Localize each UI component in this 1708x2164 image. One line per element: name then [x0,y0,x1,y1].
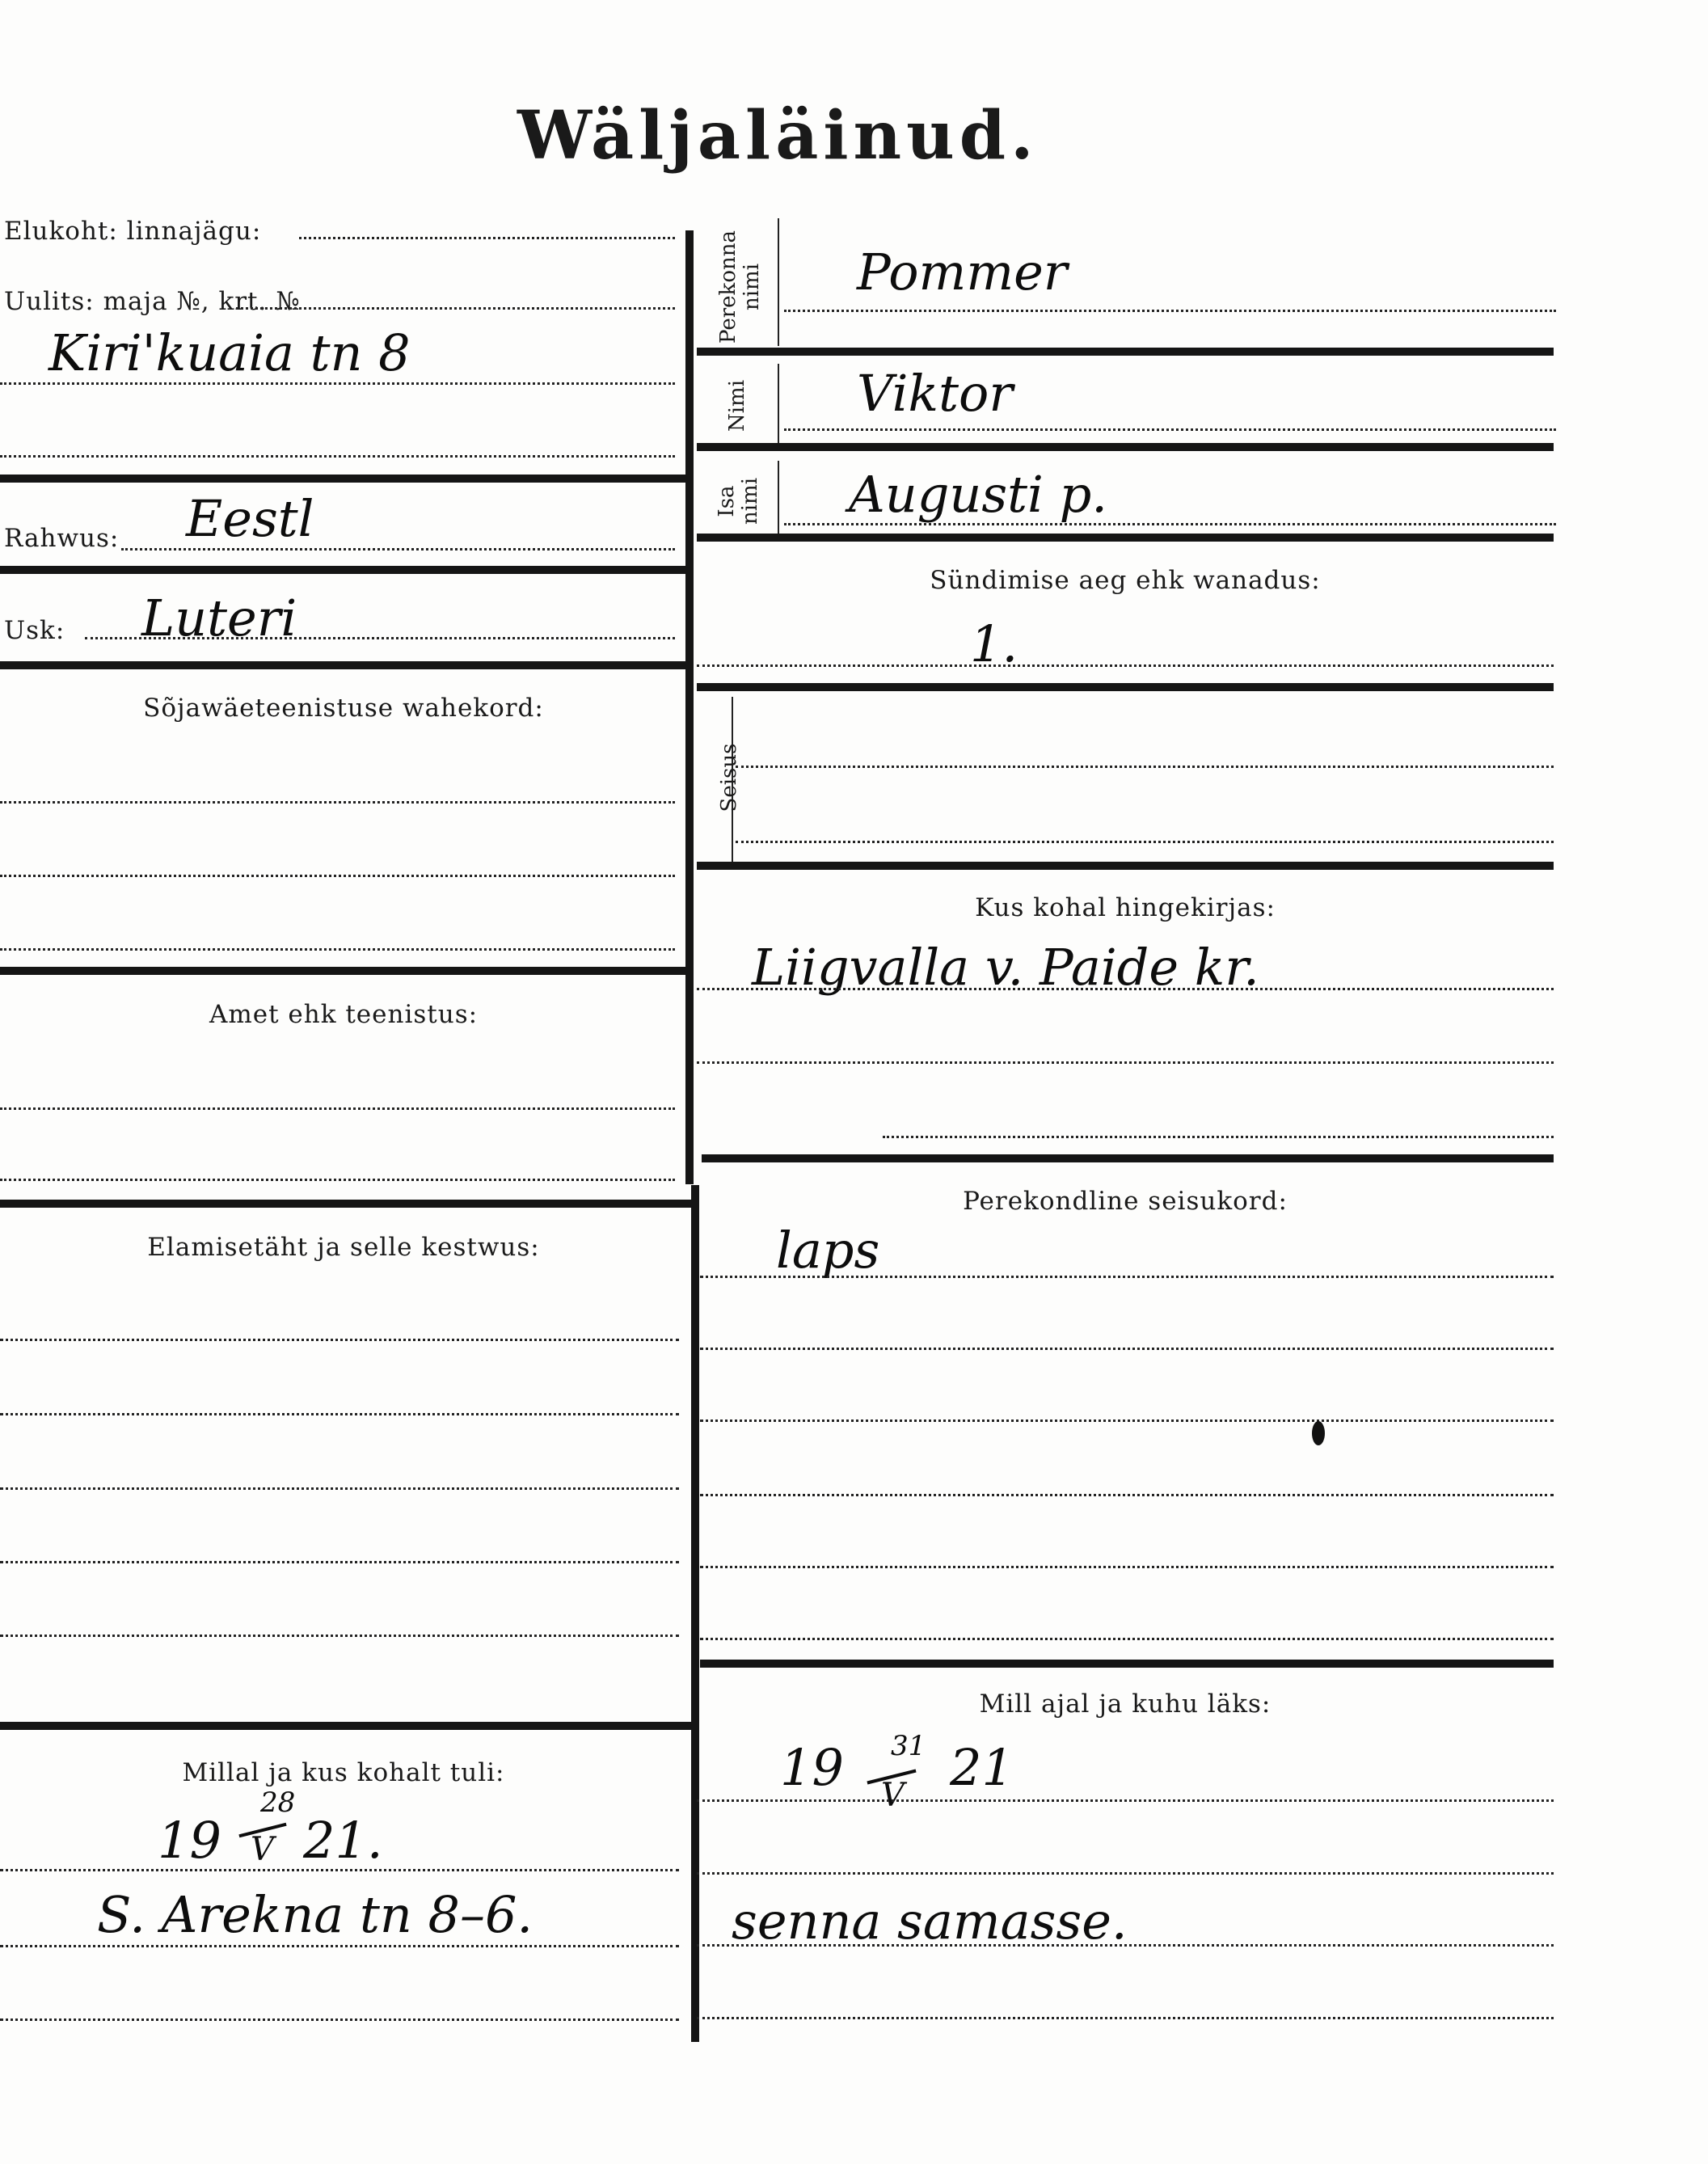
divider-family-status [700,1660,1554,1668]
registration-form: Wäljaläinud. Elukoht: linnajägu: Uulits:… [0,0,1708,2164]
living-condition-label: Elamisetäht ja selle kestwus: [0,1233,687,1262]
status-label: Seisus [718,733,745,822]
living-condition-line-1[interactable] [0,1339,679,1341]
living-condition-line-3[interactable] [0,1487,679,1490]
arrival-date-day: 28 [260,1786,295,1819]
street-label: Uulits: maja №, krt. № [4,287,301,316]
divider-father-name [697,534,1554,542]
departure-date-fraction: 31 V [857,1730,946,1827]
family-status-line-1[interactable] [700,1276,1554,1278]
birth-field[interactable] [697,664,1554,667]
occupation-label: Amet ehk teenistus: [0,1000,687,1029]
registry-line-3[interactable] [883,1136,1554,1138]
divider-nationality [0,566,687,574]
departure-destination: senna samasse. [732,1892,1128,1951]
name-label-divider-1 [778,218,779,346]
status-line-2[interactable] [736,841,1554,843]
first-name-field[interactable] [784,428,1556,431]
arrival-place: S. Arekna tn 8–6. [97,1885,533,1944]
military-service-line-3[interactable] [0,948,675,951]
family-status-line-2[interactable] [700,1348,1554,1350]
departure-date-day: 31 [891,1730,926,1762]
street-value: Kiri'kuaia tn 8 [48,323,411,382]
departure-date-year: 21 [950,1738,1014,1797]
departure-label: Mill ajal ja kuhu läks: [697,1689,1554,1719]
divider-first-name [697,443,1554,451]
religion-field[interactable] [85,637,675,639]
form-title: Wäljaläinud. [517,97,1039,175]
birth-label: Sündimise aeg ehk wanadus: [697,566,1554,595]
arrival-extra-line[interactable] [0,2018,679,2021]
street-field-line-2[interactable] [0,382,675,385]
nationality-value: Eestl [186,489,314,548]
family-status-value: laps [776,1221,879,1280]
family-status-line-3[interactable] [700,1419,1554,1422]
arrival-date-fraction: 28 V [226,1786,315,1875]
living-condition-line-2[interactable] [0,1413,679,1415]
military-service-line-2[interactable] [0,875,675,877]
departure-date-month: V [881,1777,905,1814]
nationality-field[interactable] [121,548,675,550]
street-field-line-3[interactable] [0,455,675,458]
departure-line-1[interactable] [697,1799,1554,1802]
religion-label: Usk: [4,616,65,645]
divider-birth [697,683,1554,691]
first-name-label: Nimi [726,369,753,442]
divider-military [0,967,687,975]
registry-line-2[interactable] [697,1061,1554,1064]
military-service-label: Sõjawäeteenistuse wahekord: [0,694,687,723]
divider-religion [0,661,687,669]
name-label-divider-2 [778,364,779,448]
name-label-divider-3 [778,461,779,540]
nationality-label: Rahwus: [4,524,119,553]
arrival-date-prefix: 19 [158,1811,221,1870]
departure-line-3[interactable] [697,1944,1554,1947]
living-condition-line-5[interactable] [0,1635,679,1637]
departure-line-4[interactable] [697,2017,1554,2019]
divider-status [697,862,1554,870]
arrival-date-line[interactable] [0,1869,679,1871]
status-line-1[interactable] [736,766,1554,768]
family-status-line-5[interactable] [700,1566,1554,1568]
father-name-value: Augusti p. [849,465,1107,524]
district-field[interactable] [299,237,675,239]
surname-label: Perekonna nimi [717,218,765,356]
occupation-line-2[interactable] [0,1179,675,1181]
departure-date-prefix: 19 [780,1738,844,1797]
district-label: Elukoht: linnajägu: [4,217,261,246]
divider-living [0,1722,691,1730]
divider-residence [0,475,687,483]
street-field-line-1[interactable] [236,307,675,310]
father-name-field[interactable] [784,523,1556,525]
surname-value: Pommer [857,243,1067,302]
arrival-date-year: 21. [303,1811,383,1870]
family-status-label: Perekondline seisukord: [697,1187,1554,1216]
family-status-line-6[interactable] [700,1638,1554,1640]
arrival-label: Millal ja kus kohalt tuli: [0,1758,687,1787]
divider-registry [702,1154,1554,1162]
divider-surname [697,348,1554,356]
surname-field[interactable] [784,310,1556,312]
military-service-line-1[interactable] [0,801,675,804]
center-divider-lower [691,1185,699,2042]
first-name-value: Viktor [857,364,1013,423]
departure-line-2[interactable] [697,1872,1554,1875]
living-condition-line-4[interactable] [0,1561,679,1563]
ink-blot [1312,1421,1325,1445]
arrival-place-line[interactable] [0,1945,679,1947]
family-status-line-4[interactable] [700,1494,1554,1496]
divider-occupation [0,1200,691,1208]
registry-label: Kus kohal hingekirjas: [697,893,1554,922]
registry-line-1[interactable] [697,988,1554,990]
occupation-line-1[interactable] [0,1107,675,1110]
father-name-label: Isa nimi [715,469,764,534]
arrival-date-month: V [251,1831,274,1868]
